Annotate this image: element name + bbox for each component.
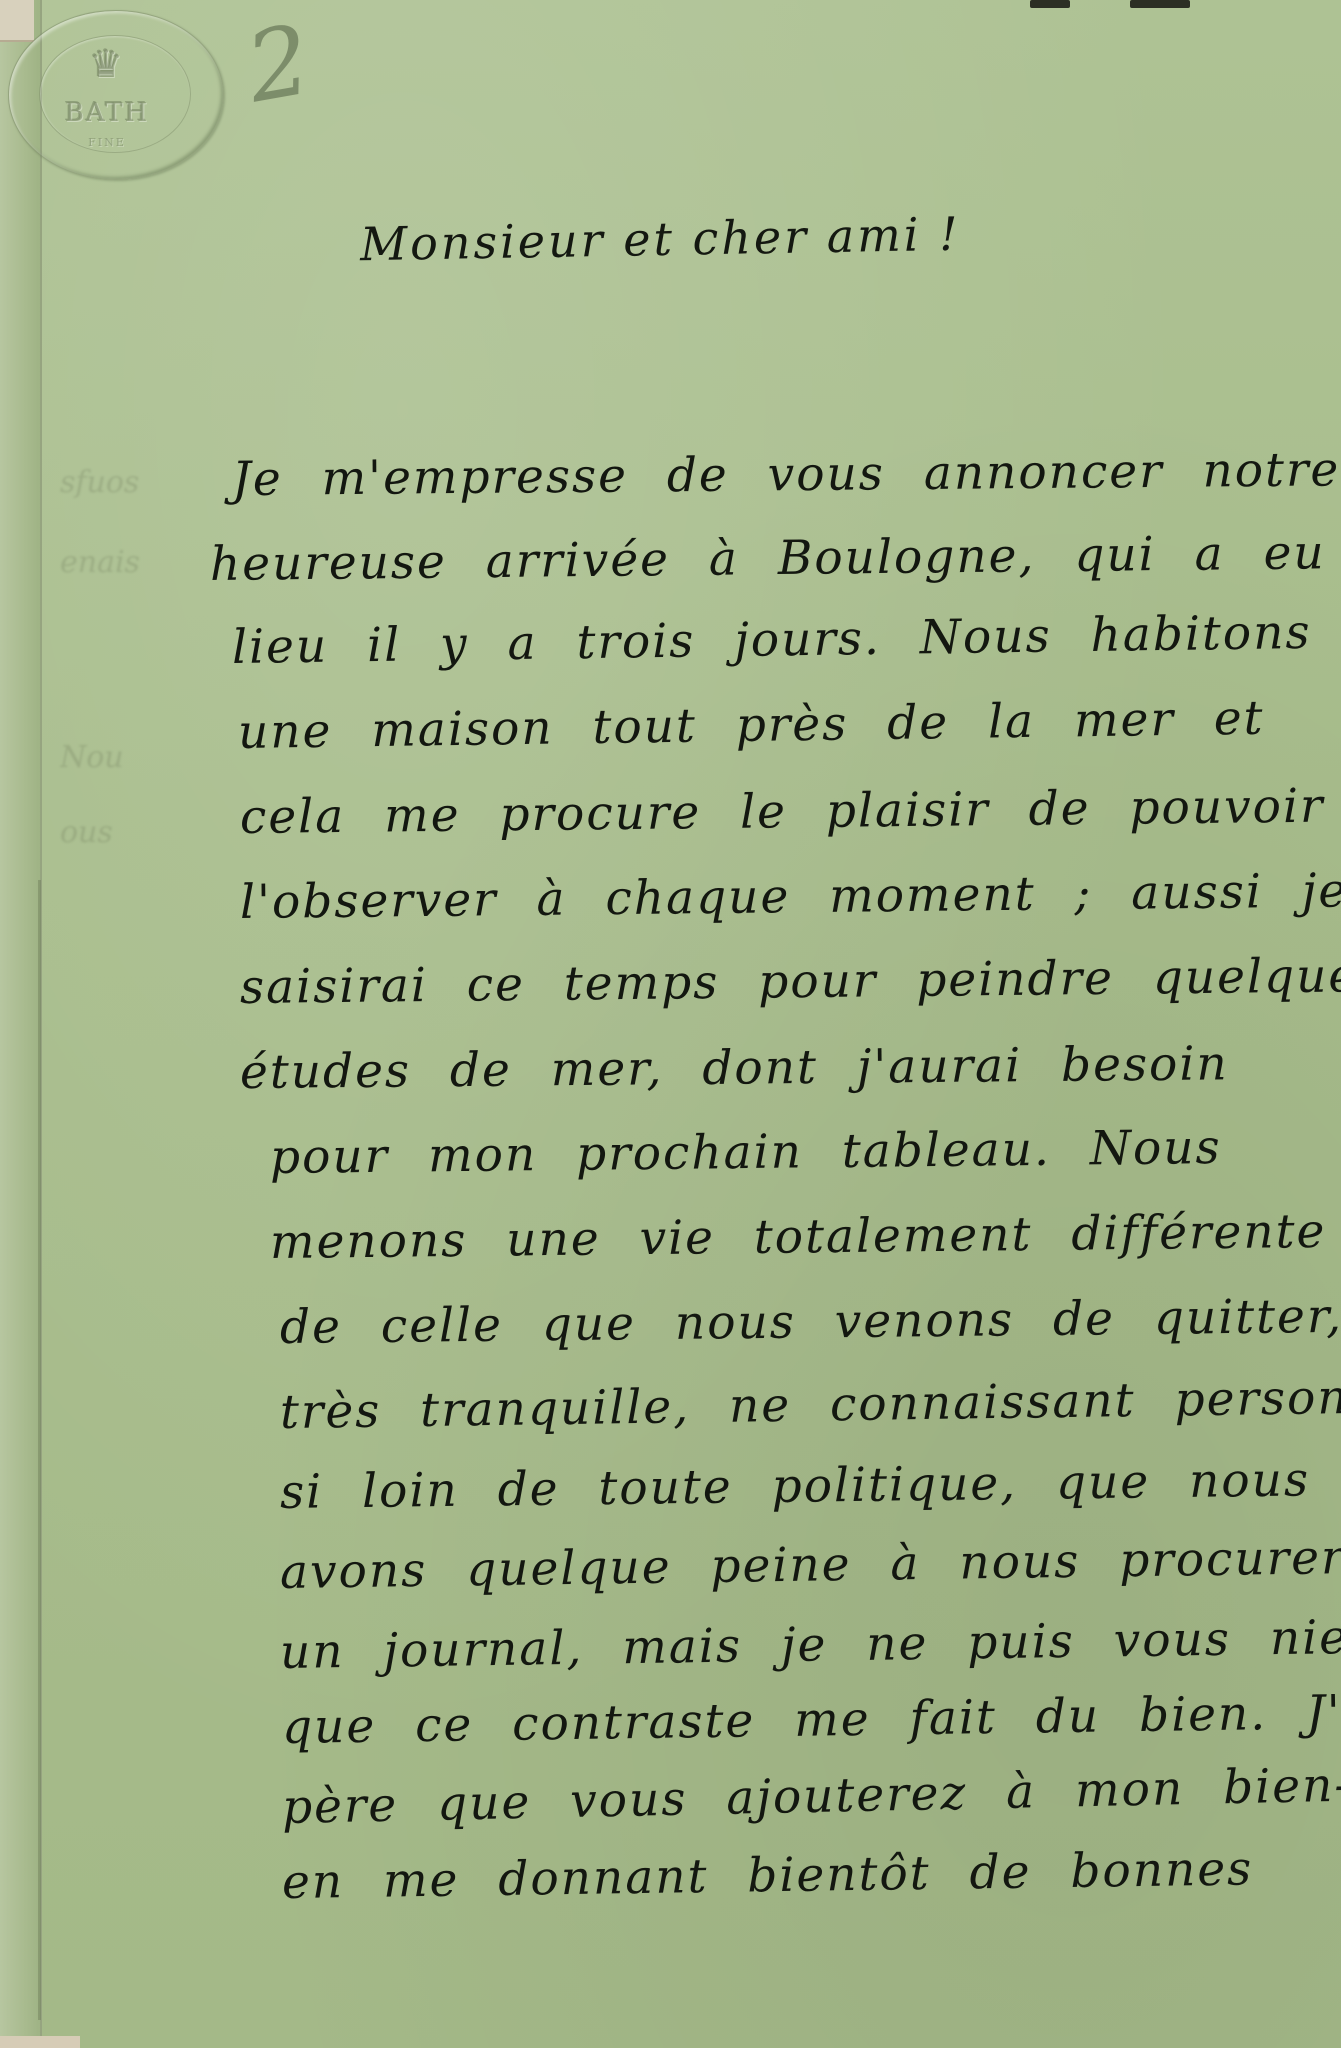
- bleed-through-text: sfuos: [60, 465, 210, 500]
- letter-line: en me donnant bientôt de bonnes: [282, 1841, 1254, 1910]
- binding-strip: [0, 0, 42, 2048]
- seal-subtext: FINE: [40, 136, 174, 149]
- letter-line: une maison tout près de la mer et: [238, 691, 1265, 760]
- letter-line: heureuse arrivée à Boulogne, qui a eu: [210, 525, 1326, 592]
- top-edge-marks: [1010, 0, 1210, 10]
- letter-line: si loin de toute politique, que nous: [280, 1452, 1311, 1520]
- letter-page: ♛ BATH FINE 2 sfuos enais Nou ous Monsie…: [0, 0, 1341, 2048]
- bleed-through-text: Nou: [60, 740, 210, 775]
- bleed-through-text: ous: [60, 815, 210, 850]
- crown-icon: ♛: [76, 44, 136, 84]
- letter-line: père que vous ajouterez à mon bien-être: [281, 1755, 1341, 1835]
- salutation: Monsieur et cher ami !: [360, 207, 961, 271]
- letter-line: pour mon prochain tableau. Nous: [270, 1120, 1222, 1185]
- mount-corner-bottom: [0, 2036, 80, 2048]
- letter-line: Je m'empresse de vous annoncer notre: [232, 442, 1341, 507]
- letter-line: de celle que nous venons de quitter,: [280, 1289, 1341, 1355]
- letter-line: un journal, mais je ne puis vous nier: [280, 1610, 1341, 1680]
- letter-line: menons une vie totalement différente: [270, 1204, 1327, 1270]
- letter-line: études de mer, dont j'aurai besoin: [240, 1036, 1229, 1100]
- bleed-through-text: enais: [60, 545, 210, 580]
- letter-line: que ce contraste me fait du bien. J'es-: [282, 1684, 1341, 1755]
- letter-line: très tranquille, ne connaissant personne…: [280, 1369, 1341, 1440]
- letter-line: cela me procure le plaisir de pouvoir: [240, 779, 1325, 845]
- mount-corner-top: [0, 0, 34, 42]
- seal-name: BATH: [40, 98, 174, 128]
- letter-line: saisirai ce temps pour peindre quelques: [240, 948, 1341, 1015]
- embossed-seal: [8, 10, 224, 180]
- fold-line: [38, 880, 41, 2020]
- letter-line: avons quelque peine à nous procurer: [280, 1530, 1341, 1600]
- folio-number: 2: [239, 4, 319, 125]
- letter-line: l'observer à chaque moment ; aussi je: [240, 863, 1341, 930]
- letter-line: lieu il y a trois jours. Nous habitons: [232, 605, 1312, 675]
